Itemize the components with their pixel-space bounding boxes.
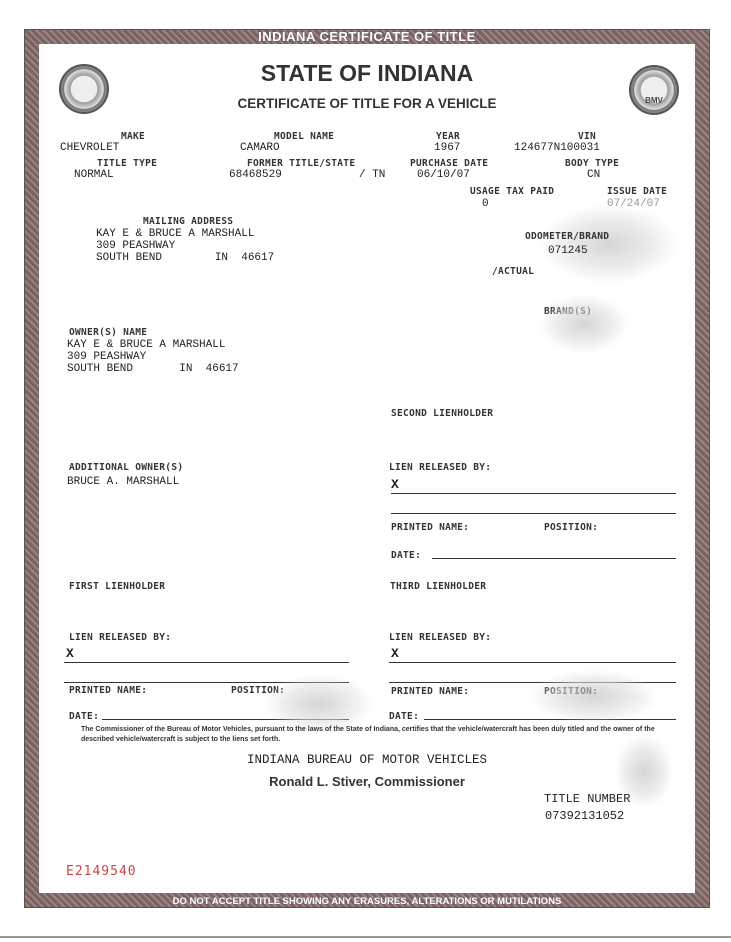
first-lienholder-label: FIRST LIENHOLDER <box>69 581 165 592</box>
title-type-value: NORMAL <box>74 169 114 181</box>
second-lien-date: DATE: <box>391 550 421 561</box>
make-label: MAKE <box>121 131 145 142</box>
owners-label: OWNER(S) NAME <box>69 327 147 338</box>
owner-line-2: 309 PEASHWAY <box>67 351 146 363</box>
certificate-border: INDIANA CERTIFICATE OF TITLE BMV STATE O… <box>24 29 710 908</box>
odometer-status: /ACTUAL <box>492 266 534 277</box>
page-edge <box>0 936 731 938</box>
owner-line-3: SOUTH BEND IN 46617 <box>67 363 239 375</box>
additional-owners-value: BRUCE A. MARSHALL <box>67 476 179 488</box>
odometer-label: ODOMETER/BRAND <box>525 231 609 242</box>
body-type-value: CN <box>587 169 600 181</box>
purchase-date-value: 06/10/07 <box>417 169 470 181</box>
model-label: MODEL NAME <box>274 131 334 142</box>
former-title-label: FORMER TITLE/STATE <box>247 158 355 169</box>
certificate-body: BMV STATE OF INDIANA CERTIFICATE OF TITL… <box>39 44 695 893</box>
vin-label: VIN <box>578 131 596 142</box>
second-lien-signature-line[interactable] <box>391 493 676 494</box>
mailing-line-1: KAY E & BRUCE A MARSHALL <box>96 228 254 240</box>
control-number: E2149540 <box>66 864 137 879</box>
model-value: CAMARO <box>240 142 280 154</box>
body-type-label: BODY TYPE <box>565 158 619 169</box>
mailing-address-label: MAILING ADDRESS <box>143 216 233 227</box>
stamp-mark <box>539 204 679 284</box>
odometer-value: 071245 <box>548 245 588 257</box>
second-lien-x: X <box>391 479 399 491</box>
former-title-value: 68468529 <box>229 169 282 181</box>
stamp-mark <box>529 669 659 724</box>
make-value: CHEVROLET <box>60 142 119 154</box>
title-number-value: 07392131052 <box>545 810 624 822</box>
title-type-label: TITLE TYPE <box>97 158 157 169</box>
title-number-label: TITLE NUMBER <box>544 792 630 806</box>
first-lien-signature-line[interactable] <box>64 662 349 663</box>
page-title: STATE OF INDIANA <box>39 60 695 87</box>
mailing-line-2: 309 PEASHWAY <box>96 240 175 252</box>
year-label: YEAR <box>436 131 460 142</box>
first-lien-x: X <box>66 648 74 660</box>
divider <box>391 513 676 514</box>
stamp-mark <box>539 294 629 354</box>
commissioner-signature: Ronald L. Stiver, Commissioner <box>39 774 695 789</box>
first-lien-printed-name: PRINTED NAME: <box>69 685 147 696</box>
vin-value: 124677N100031 <box>514 142 600 154</box>
second-lien-released-label: LIEN RELEASED BY: <box>389 462 491 473</box>
third-lien-printed-name: PRINTED NAME: <box>391 686 469 697</box>
first-lien-released-label: LIEN RELEASED BY: <box>69 632 171 643</box>
second-lien-printed-name: PRINTED NAME: <box>391 522 469 533</box>
second-lien-position: POSITION: <box>544 522 598 533</box>
second-lien-date-line[interactable] <box>432 558 676 559</box>
issue-date-label: ISSUE DATE <box>607 186 667 197</box>
former-state-value: / TN <box>359 169 385 181</box>
third-lienholder-label: THIRD LIENHOLDER <box>390 581 486 592</box>
purchase-date-label: PURCHASE DATE <box>410 158 488 169</box>
first-lien-date: DATE: <box>69 711 99 722</box>
top-banner: INDIANA CERTIFICATE OF TITLE <box>25 29 709 44</box>
third-lien-date: DATE: <box>389 711 419 722</box>
bureau-name: INDIANA BUREAU OF MOTOR VEHICLES <box>39 753 695 767</box>
third-lien-x: X <box>391 648 399 660</box>
usage-tax-label: USAGE TAX PAID <box>470 186 554 197</box>
third-lien-signature-line[interactable] <box>389 662 676 663</box>
owner-line-1: KAY E & BRUCE A MARSHALL <box>67 339 225 351</box>
bottom-banner: DO NOT ACCEPT TITLE SHOWING ANY ERASURES… <box>25 896 709 907</box>
usage-tax-value: 0 <box>482 198 489 210</box>
mailing-line-3: SOUTH BEND IN 46617 <box>96 252 274 264</box>
additional-owners-label: ADDITIONAL OWNER(S) <box>69 462 183 473</box>
second-lienholder-label: SECOND LIENHOLDER <box>391 408 493 419</box>
page-subtitle: CERTIFICATE OF TITLE FOR A VEHICLE <box>39 96 695 111</box>
third-lien-released-label: LIEN RELEASED BY: <box>389 632 491 643</box>
year-value: 1967 <box>434 142 460 154</box>
certification-text: The Commissioner of the Bureau of Motor … <box>81 725 661 745</box>
